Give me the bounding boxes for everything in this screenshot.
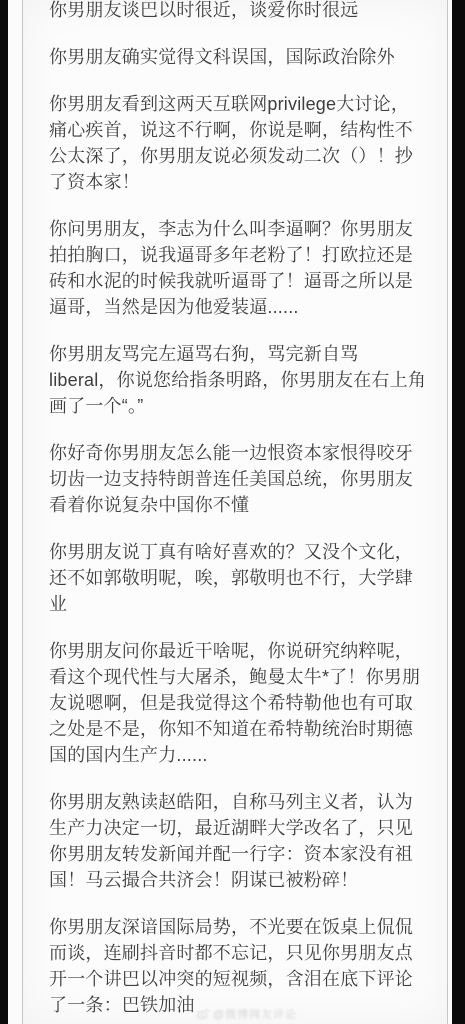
post-paragraph: 你好奇你男朋友怎么能一边恨资本家恨得咬牙 切齿一边支持特朗普连任美国总统，你男朋… — [49, 440, 437, 518]
post-paragraph: 你问男朋友，李志为什么叫李逼啊？你男朋友 拍拍胸口，说我逼哥多年老粉了！打欧拉还… — [49, 216, 437, 320]
text-page-sheet: 你男朋友谈巴以时很近，谈爱你时很远 你男朋友确实觉得文科误国，国际政治除外 你男… — [8, 0, 452, 1024]
photo-viewer: 你男朋友谈巴以时很近，谈爱你时很远 你男朋友确实觉得文科误国，国际政治除外 你男… — [0, 0, 465, 1024]
post-paragraph: 你男朋友深谙国际局势，不光要在饭桌上侃侃 而谈，连刷抖音时都不忘记，只见你男朋友… — [49, 914, 437, 1018]
post-paragraph: 你男朋友说丁真有啥好喜欢的？又没个文化， 还不如郭敬明呢，唉，郭敬明也不行，大学… — [49, 539, 437, 617]
post-body: 你男朋友谈巴以时很近，谈爱你时很远 你男朋友确实觉得文科误国，国际政治除外 你男… — [22, 0, 448, 1024]
post-paragraph: 你男朋友问你最近干啥呢，你说研究纳粹呢， 看这个现代性与大屠杀，鲍曼太牛*了！你… — [49, 638, 437, 768]
post-paragraph: 你男朋友确实觉得文科误国，国际政治除外 — [49, 44, 437, 70]
post-paragraph: 你男朋友骂完左逼骂右狗，骂完新自骂 liberal，你说您给指条明路，你男朋友在… — [49, 341, 437, 419]
post-paragraph: 你男朋友谈巴以时很近，谈爱你时很远 — [49, 0, 437, 23]
post-paragraph: 你男朋友熟读赵皓阳，自称马列主义者，认为 生产力决定一切，最近湖畔大学改名了，只… — [49, 789, 437, 893]
post-paragraph: 你男朋友看到这两天互联网privilege大讨论， 痛心疾首，说这不行啊，你说是… — [49, 91, 437, 195]
